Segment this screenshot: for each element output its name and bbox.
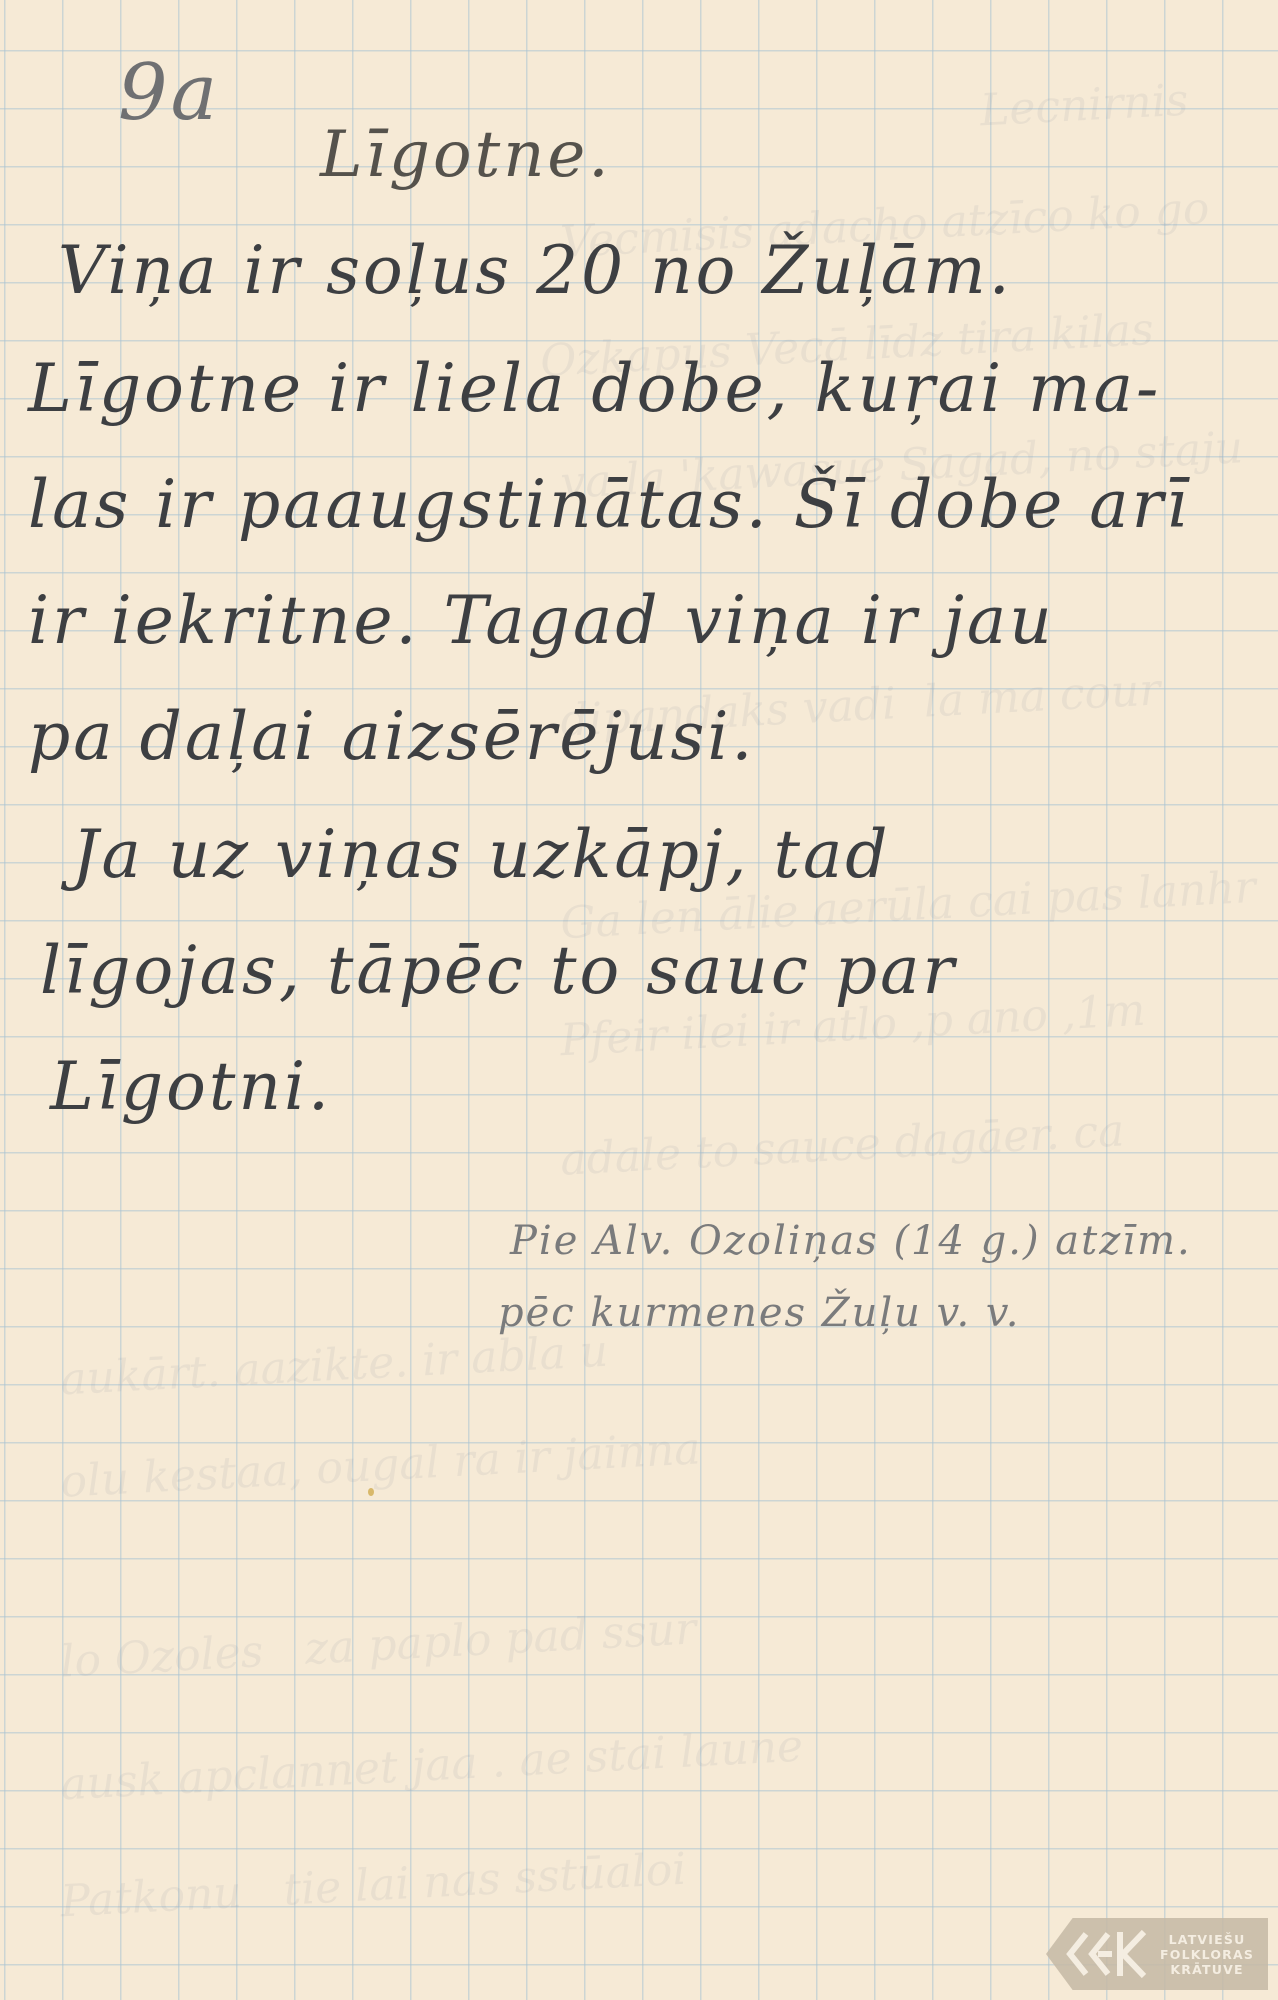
lfk-logo-icon — [1064, 1926, 1154, 1982]
text-line: las ir paaugstinātas. Šī dobe arī — [28, 466, 1190, 543]
logo-text: LATVIEŠU FOLKLORAS KRĀTUVE — [1160, 1932, 1254, 1977]
source-note-line: Pie Alv. Ozoliņas (14 g.) atzīm. — [510, 1218, 1192, 1264]
text-line: Līgotne ir liela dobe, kuŗai ma- — [28, 350, 1161, 427]
text-line: Līgotni. — [50, 1048, 332, 1125]
archive-logo: LATVIEŠU FOLKLORAS KRĀTUVE — [1046, 1918, 1268, 1990]
page-number: 9a — [118, 48, 220, 138]
source-note-line: pēc kurmenes Žuļu v. v. — [498, 1290, 1020, 1336]
text-line: Viņa ir soļus 20 no Žuļām. — [58, 232, 1013, 309]
text-line: ir iekritne. Tagad viņa ir jau — [28, 582, 1055, 659]
text-line: Ja uz viņas uzkāpj, tad — [72, 816, 891, 893]
paper-stain — [368, 1488, 374, 1496]
text-line: pa daļai aizsērējusi. — [28, 698, 755, 775]
logo-line: FOLKLORAS — [1160, 1947, 1254, 1962]
document-title: Līgotne. — [320, 118, 612, 192]
logo-line: KRĀTUVE — [1160, 1962, 1254, 1977]
logo-line: LATVIEŠU — [1160, 1932, 1254, 1947]
text-line: līgojas, tāpēc to sauc par — [40, 932, 957, 1009]
